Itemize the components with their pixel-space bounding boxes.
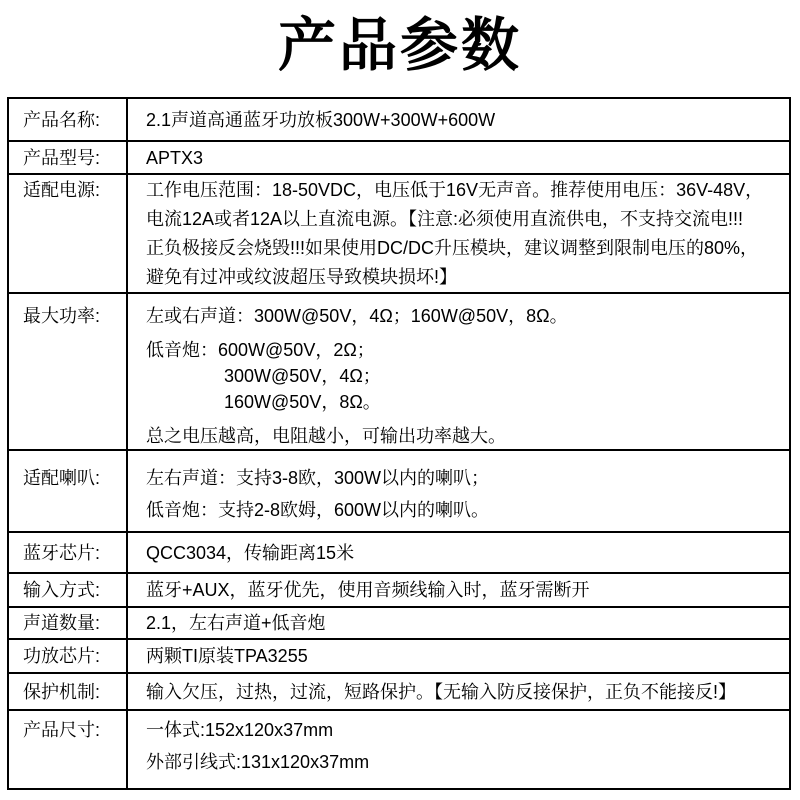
row-label: 适配电源: [9,175,128,292]
row-content-line: 一体式:152x120x37mm [146,716,781,744]
row-content-line: 避免有过冲或纹波超压导致模块损坏!】 [146,263,781,292]
row-content: 左右声道：支持3-8欧，300W以内的喇叭；低音炮：支持2-8欧姆，600W以内… [128,451,789,524]
row-label: 蓝牙芯片: [9,533,128,572]
page-title: 产品参数 [0,10,800,82]
row-content: 蓝牙+AUX，蓝牙优先，使用音频线输入时，蓝牙需断开 [128,576,789,604]
row-content-line: QCC3034，传输距离15米 [146,539,781,567]
table-row: 保护机制: 输入欠压，过热，过流，短路保护。【无输入防反接保护，正负不能接反!】 [9,672,789,709]
row-content-line: 左右声道：支持3-8欧，300W以内的喇叭； [146,464,781,492]
row-content-line: 低音炮：600W@50V，2Ω； [146,337,781,363]
row-content: APTX3 [128,144,789,172]
spec-table: 产品名称: 2.1声道高通蓝牙功放板300W+300W+600W 产品型号: A… [7,97,791,790]
row-content-line: 两颗TI原装TPA3255 [146,642,781,670]
row-content: 工作电压范围：18-50VDC，电压低于16V无声音。推荐使用电压：36V-48… [128,175,789,292]
row-content-line: 电流12A或者12A以上直流电源。【注意:必须使用直流供电，不支持交流电!!! [146,205,781,234]
row-content: QCC3034，传输距离15米 [128,539,789,567]
row-label: 输入方式: [9,574,128,606]
table-row: 产品名称: 2.1声道高通蓝牙功放板300W+300W+600W [9,99,789,140]
row-label: 功放芯片: [9,640,128,672]
table-row: 声道数量: 2.1，左右声道+低音炮 [9,606,789,638]
row-content: 2.1声道高通蓝牙功放板300W+300W+600W [128,106,789,134]
table-row: 蓝牙芯片: QCC3034，传输距离15米 [9,531,789,572]
row-content-line: 工作电压范围：18-50VDC，电压低于16V无声音。推荐使用电压：36V-48… [146,176,781,205]
table-row: 适配电源: 工作电压范围：18-50VDC，电压低于16V无声音。推荐使用电压：… [9,173,789,292]
row-content-line: 正负极接反会烧毁!!!如果使用DC/DC升压模块，建议调整到限制电压的80%， [146,234,781,263]
row-content-line: 总之电压越高，电阻越小，可输出功率越大。 [146,423,781,449]
row-content-line: 蓝牙+AUX，蓝牙优先，使用音频线输入时，蓝牙需断开 [146,576,781,604]
row-content-line: 2.1，左右声道+低音炮 [146,609,781,637]
row-content-line: 输入欠压，过热，过流，短路保护。【无输入防反接保护，正负不能接反!】 [146,678,781,706]
row-content: 左或右声道：300W@50V，4Ω；160W@50V，8Ω。低音炮：600W@5… [128,294,789,449]
row-content-line: 300W@50V，4Ω； [146,363,781,389]
row-label: 产品名称: [9,99,128,140]
row-label: 声道数量: [9,608,128,638]
row-label: 产品型号: [9,142,128,173]
table-row: 功放芯片: 两颗TI原装TPA3255 [9,638,789,672]
row-content-line: 160W@50V，8Ω。 [146,389,781,415]
row-content: 两颗TI原装TPA3255 [128,642,789,670]
table-row: 最大功率: 左或右声道：300W@50V，4Ω；160W@50V，8Ω。低音炮：… [9,292,789,449]
row-label: 产品尺寸: [9,711,128,788]
row-content: 一体式:152x120x37mm外部引线式:131x120x37mm [128,711,789,776]
row-content: 输入欠压，过热，过流，短路保护。【无输入防反接保护，正负不能接反!】 [128,678,789,706]
row-content-line: 左或右声道：300W@50V，4Ω；160W@50V，8Ω。 [146,303,781,329]
row-content-line: APTX3 [146,144,781,172]
table-row: 适配喇叭: 左右声道：支持3-8欧，300W以内的喇叭；低音炮：支持2-8欧姆，… [9,449,789,531]
row-content-line: 2.1声道高通蓝牙功放板300W+300W+600W [146,106,781,134]
row-label: 最大功率: [9,294,128,449]
row-label: 适配喇叭: [9,451,128,531]
table-row: 产品型号: APTX3 [9,140,789,173]
table-row: 产品尺寸: 一体式:152x120x37mm外部引线式:131x120x37mm [9,709,789,788]
row-content-line: 低音炮：支持2-8欧姆，600W以内的喇叭。 [146,496,781,524]
row-content: 2.1，左右声道+低音炮 [128,609,789,637]
table-row: 输入方式: 蓝牙+AUX，蓝牙优先，使用音频线输入时，蓝牙需断开 [9,572,789,606]
row-label: 保护机制: [9,674,128,709]
row-content-line: 外部引线式:131x120x37mm [146,748,781,776]
